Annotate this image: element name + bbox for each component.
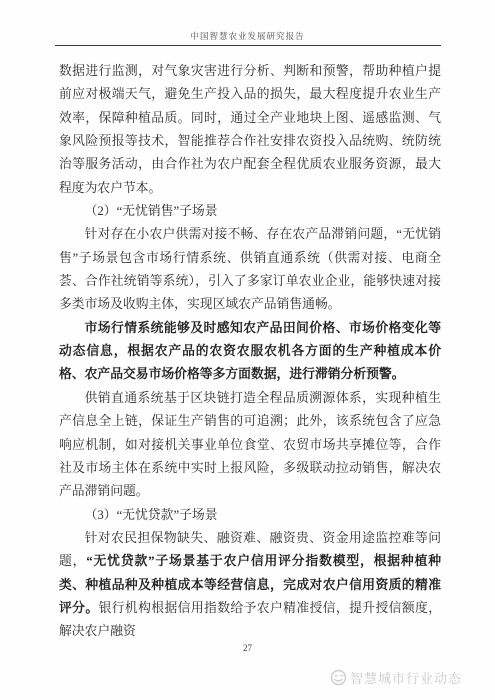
header-divider — [55, 45, 441, 46]
page-number: 27 — [0, 643, 495, 653]
paragraph-sales-overview: 针对存在小农户供需对接不畅、存在农产品滞销问题，“无忧销售”子场景包含市场行情系… — [59, 223, 441, 316]
paragraph-supply-system: 供销直通系统基于区块链打造全程品质溯源体系，实现种植生产信息全上链，保证生产销售… — [59, 387, 441, 504]
paragraph-loan: 针对农民担保物缺失、融资难、融资贵、资金用途监控难等问题，“无忧贷款”子场景基于… — [59, 527, 441, 644]
section-heading-2: （2）“无忧销售”子场景 — [59, 200, 441, 223]
watermark: 智慧城市行业动态 — [330, 668, 462, 687]
page-header-title: 中国智慧农业发展研究报告 — [0, 30, 495, 42]
paragraph-market-system: 市场行情系统能够及时感知农产品田间价格、市场价格变化等动态信息，根据农产品的农资… — [59, 317, 441, 387]
smiley-face-logo-icon — [330, 669, 347, 686]
watermark-text: 智慧城市行业动态 — [350, 668, 462, 687]
paragraph-continued: 数据进行监测，对气象灾害进行分析、判断和预警，帮助种植户提前应对极端天气，避免生… — [59, 60, 441, 200]
loan-text-normal-2: 银行机构根据信用指数给予农户精准授信，提升授信额度，解决农户融资 — [59, 601, 441, 638]
section-heading-3: （3）“无忧贷款”子场景 — [59, 504, 441, 527]
body-content: 数据进行监测，对气象灾害进行分析、判断和预警，帮助种植户提前应对极端天气，避免生… — [59, 60, 441, 644]
report-page: 中国智慧农业发展研究报告 数据进行监测，对气象灾害进行分析、判断和预警，帮助种植… — [0, 0, 495, 700]
